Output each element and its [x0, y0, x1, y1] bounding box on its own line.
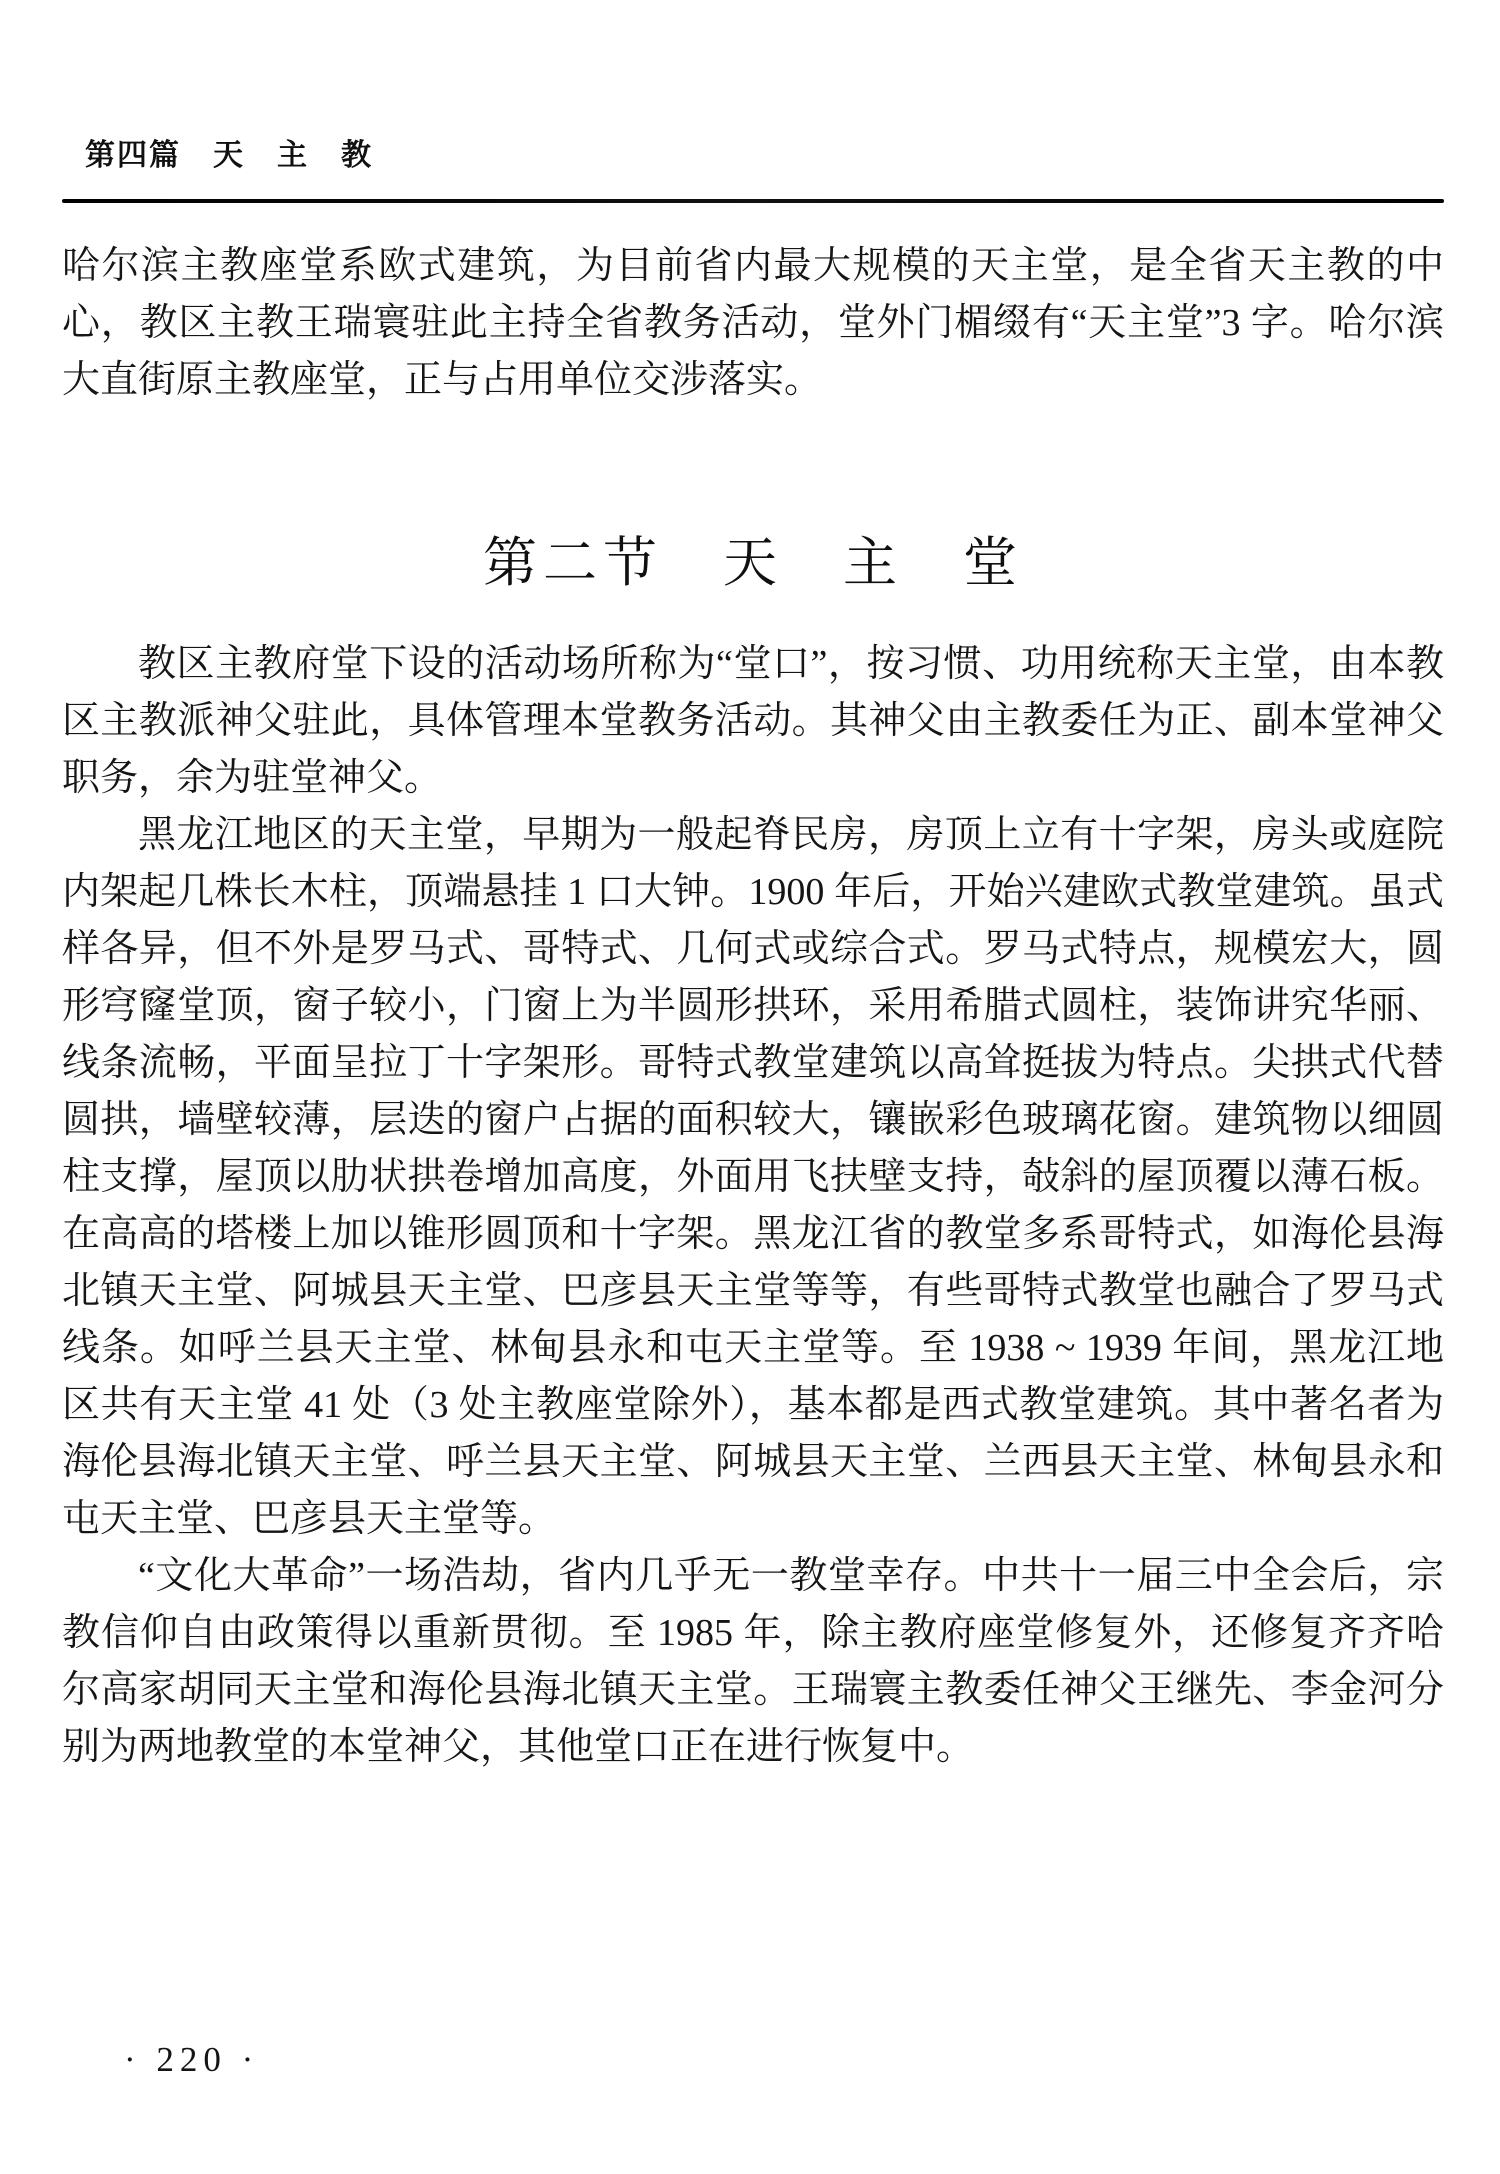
intro-paragraph-block: 哈尔滨主教座堂系欧式建筑，为目前省内最大规模的天主堂，是全省天主教的中心，教区主…	[62, 238, 1444, 409]
section-title: 第二节 天 主 堂	[62, 520, 1444, 597]
header-rule	[62, 199, 1444, 203]
running-header: 第四篇 天 主 教	[85, 130, 373, 174]
paragraph-church-architecture: 黑龙江地区的天主堂，早期为一般起脊民房，房顶上立有十字架，房头或庭院内架起几株长…	[62, 807, 1444, 1548]
paragraph-harbin-cathedral: 哈尔滨主教座堂系欧式建筑，为目前省内最大规模的天主堂，是全省天主教的中心，教区主…	[62, 238, 1444, 409]
section-body: 教区主教府堂下设的活动场所称为“堂口”，按习惯、功用统称天主堂，由本教区主教派神…	[62, 636, 1444, 1776]
paragraph-tangkou-definition: 教区主教府堂下设的活动场所称为“堂口”，按习惯、功用统称天主堂，由本教区主教派神…	[62, 636, 1444, 807]
page-number: · 220 ·	[124, 2040, 259, 2080]
paragraph-cultural-revolution-restoration: “文化大革命”一场浩劫，省内几乎无一教堂幸存。中共十一届三中全会后，宗教信仰自由…	[62, 1548, 1444, 1776]
book-page: 第四篇 天 主 教 哈尔滨主教座堂系欧式建筑，为目前省内最大规模的天主堂，是全省…	[0, 0, 1500, 2174]
